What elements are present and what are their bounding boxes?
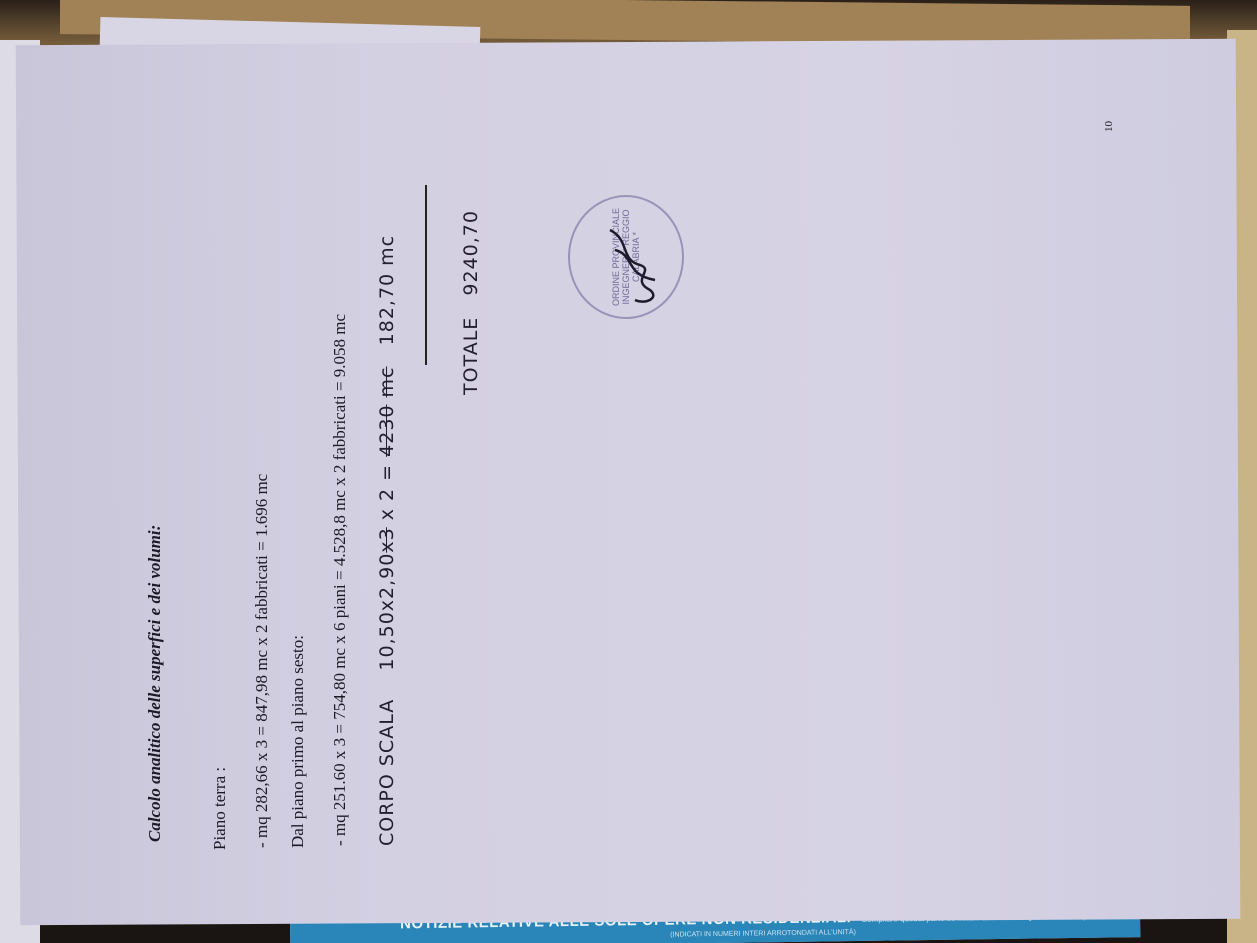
calc-line-upper-floors: - mq 251.60 x 3 = 754,80 mc x 6 piani = … <box>330 314 350 846</box>
signature-icon <box>600 220 670 310</box>
section-heading-upper-floors: Dal piano primo al piano sesto: <box>288 635 308 848</box>
form-banner-subnote: (INDICATI IN NUMERI INTERI ARROTONDATI A… <box>670 929 856 939</box>
handwritten-struck-value: 4230 <box>376 405 398 457</box>
handwritten-stair-calc: CORPO SCALA 10,50x2,90x3 x 2 = 4230 mc 1… <box>376 235 398 846</box>
handwritten-result: 182,70 mc <box>376 235 398 345</box>
handwritten-multiplier: x 2 = <box>376 464 398 520</box>
document-page <box>16 39 1241 925</box>
calc-line-ground-floor: - mq 282,66 x 3 = 847,98 mc x 2 fabbrica… <box>252 474 272 848</box>
total-label: TOTALE <box>460 317 482 395</box>
total-value: 9240,70 <box>460 210 482 296</box>
handwritten-sum-rule <box>425 185 427 365</box>
handwritten-struck-factor: x3 <box>376 527 398 552</box>
document-title: Calcolo analitico delle superfici e dei … <box>145 525 165 842</box>
page-number: 10 <box>1103 121 1115 132</box>
handwritten-label: CORPO SCALA <box>376 699 398 846</box>
section-heading-ground-floor: Piano terra : <box>210 767 230 850</box>
handwritten-struck-unit: mc <box>376 366 398 397</box>
handwritten-formula: 10,50x2,90 <box>376 553 398 671</box>
handwritten-total: TOTALE 9240,70 <box>460 210 482 395</box>
